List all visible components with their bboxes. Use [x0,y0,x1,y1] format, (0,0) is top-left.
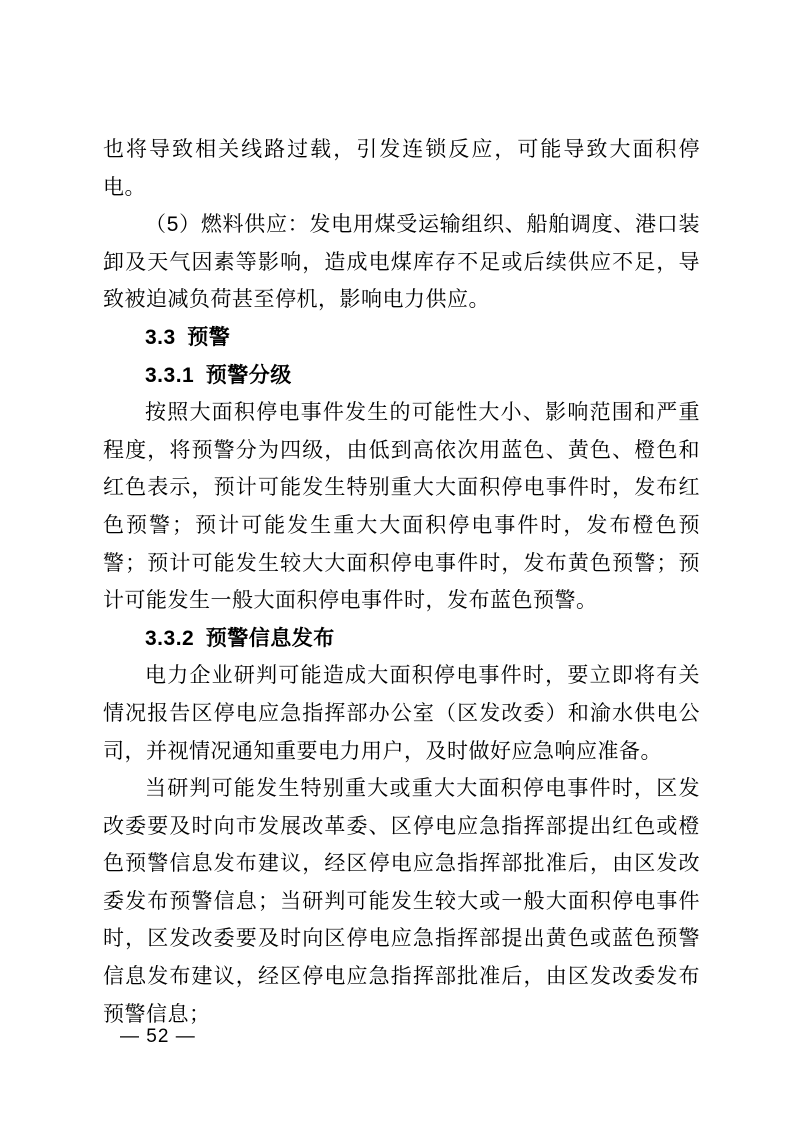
heading-number: 3.3 [145,326,176,349]
section-heading-3-3-1: 3.3.1预警分级 [103,357,700,395]
paragraph-warning-report: 电力企业研判可能造成大面积停电事件时，要立即将有关情况报告区停电应急指挥部办公室… [103,657,700,770]
document-page: 也将导致相关线路过载，引发连锁反应，可能导致大面积停电。 （5）燃料供应：发电用… [0,0,793,1122]
heading-title: 预警分级 [206,364,292,387]
heading-number: 3.3.2 [145,627,194,650]
section-heading-3-3: 3.3预警 [103,319,700,357]
section-heading-3-3-2: 3.3.2预警信息发布 [103,620,700,658]
heading-number: 3.3.1 [145,364,194,387]
heading-title: 预警 [187,326,230,349]
paragraph-warning-release-procedure: 当研判可能发生特别重大或重大大面积停电事件时，区发改委要及时向市发展改革委、区停… [103,770,700,1033]
paragraph-overload-continuation: 也将导致相关线路过载，引发连锁反应，可能导致大面积停电。 [103,131,700,206]
heading-title: 预警信息发布 [206,627,335,650]
page-number: — 52 — [120,1023,196,1051]
paragraph-fuel-supply: （5）燃料供应：发电用煤受运输组织、船舶调度、港口装卸及天气因素等影响，造成电煤… [103,206,700,319]
document-body: 也将导致相关线路过载，引发连锁反应，可能导致大面积停电。 （5）燃料供应：发电用… [103,131,700,1033]
paragraph-warning-levels: 按照大面积停电事件发生的可能性大小、影响范围和严重程度，将预警分为四级，由低到高… [103,394,700,620]
